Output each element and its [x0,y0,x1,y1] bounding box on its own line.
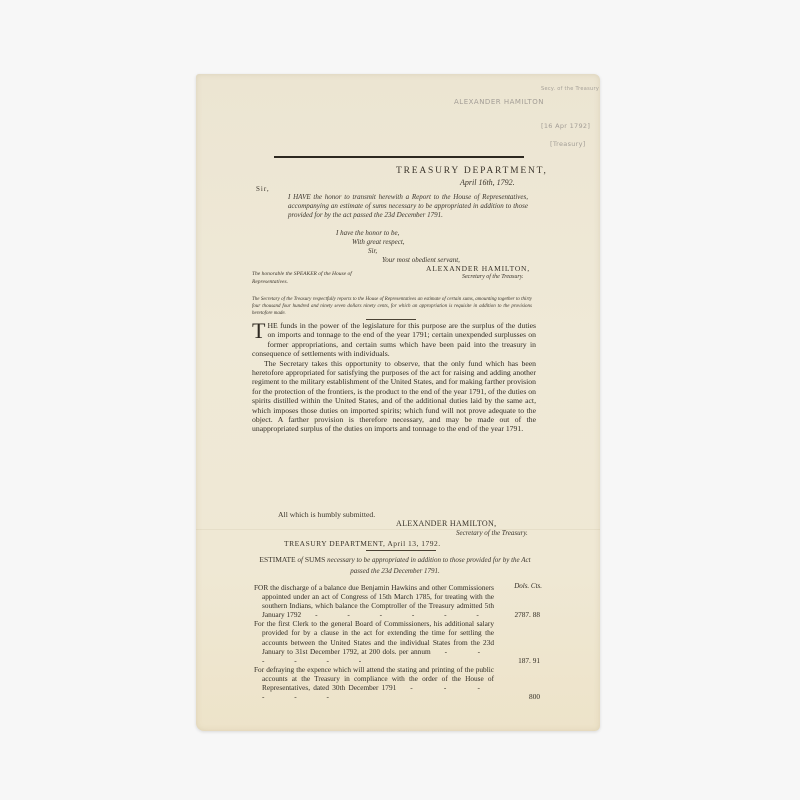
letter-closing-1: I have the honor to be, [336,229,399,237]
letter-signature: ALEXANDER HAMILTON, [426,264,530,273]
estimate-row: For the first Clerk to the general Board… [254,619,544,664]
estimate-rule [366,550,436,551]
top-rule [274,156,524,158]
letter-closing-3: Sir, [368,247,377,255]
report-summary: The Secretary of the Treasury respectful… [252,296,532,317]
document-sheet: Secy. of the Treasury ALEXANDER HAMILTON… [196,74,600,731]
pencil-note-name: ALEXANDER HAMILTON [454,98,544,106]
report-submitted: All which is humbly submitted. [278,510,375,519]
letter-addressee: The honorable the SPEAKER of the House o… [252,270,372,286]
estimate-amount: 2787. 88 [514,610,540,619]
report-paragraph-1: THE funds in the power of the legislatur… [252,321,536,359]
estimate-amount: 800 [529,692,540,701]
letter-date: April 16th, 1792. [460,178,515,187]
letter-signature-title: Secretary of the Treasury. [462,274,524,280]
pencil-note-category: [Treasury] [550,140,586,148]
report-body: THE funds in the power of the legislatur… [252,321,536,434]
report-signature: ALEXANDER HAMILTON, [396,519,496,528]
pencil-note-date: [16 Apr 1792] [541,122,590,130]
letter-closing-4: Your most obedient servant, [382,256,460,264]
letter-closing-2: With great respect, [352,238,405,246]
estimate-row: FOR the discharge of a balance due Benja… [254,583,544,619]
letter-salutation: Sir, [256,185,270,193]
report-signature-title: Secretary of the Treasury. [456,529,528,537]
report-department-date: TREASURY DEPARTMENT, April 13, 1792. [284,539,441,548]
section-rule [366,319,416,320]
pencil-note-title: Secy. of the Treasury [541,86,599,92]
letter-heading: TREASURY DEPARTMENT, [396,166,548,176]
estimate-table: Dols. Cts. FOR the discharge of a balanc… [254,583,544,701]
letter-body: I HAVE the honor to transmit herewith a … [288,193,528,220]
estimate-row: For defraying the expence which will att… [254,665,544,701]
estimate-amount: 187. 91 [518,656,540,665]
report-paragraph-2: The Secretary takes this opportunity to … [252,359,536,434]
estimate-title: ESTIMATE of SUMS necessary to be appropr… [252,555,538,576]
drop-cap: T [252,322,265,340]
